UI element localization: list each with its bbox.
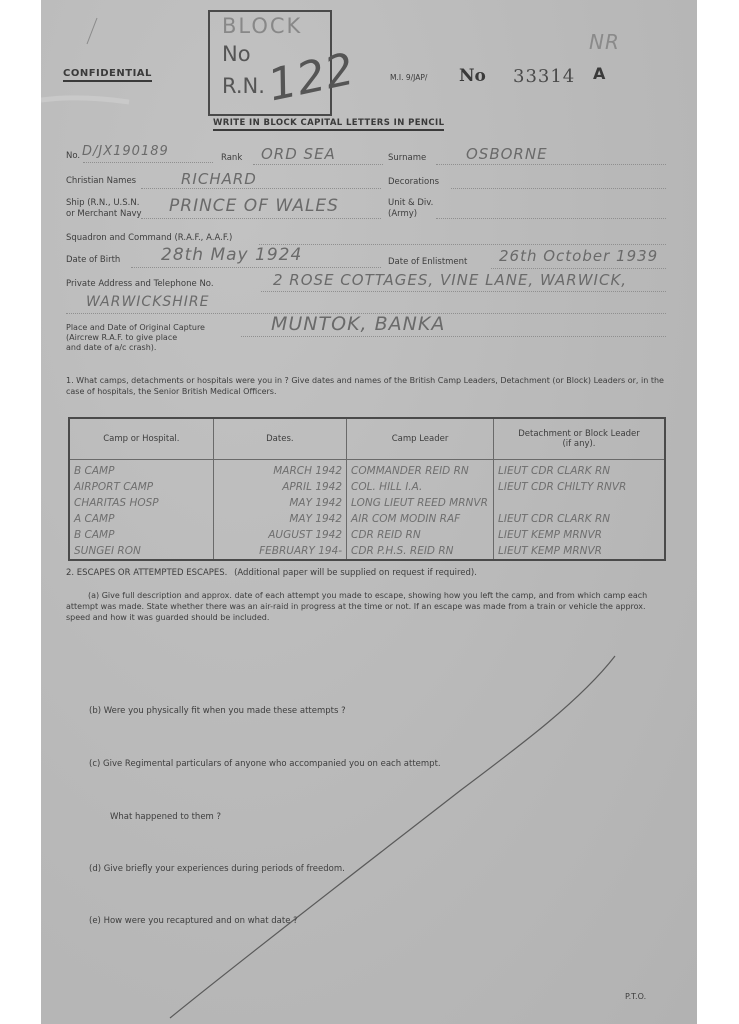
strike-through-line <box>41 0 697 1024</box>
form-page: CONFIDENTIAL BLOCK No R.N. 122 M.I. 9/JA… <box>41 0 697 1024</box>
